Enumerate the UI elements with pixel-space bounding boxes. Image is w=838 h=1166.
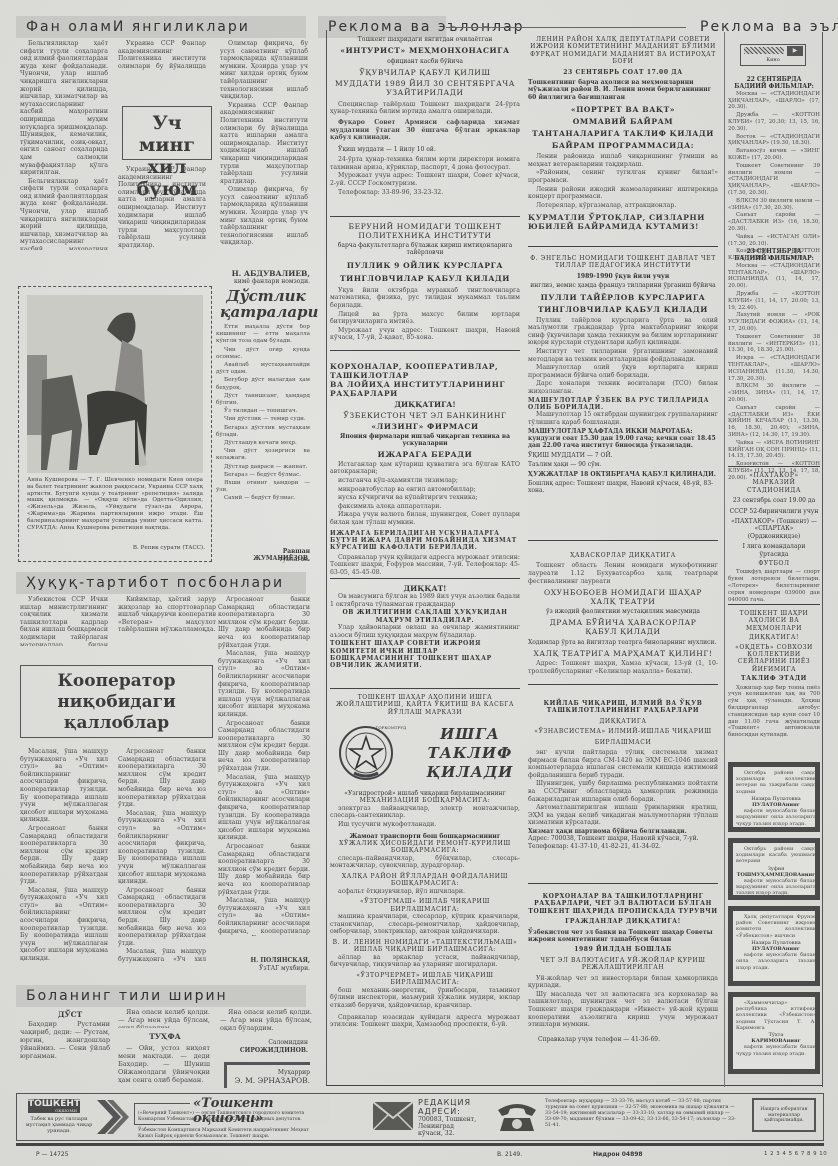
paper-note: Ўзбекистон Компартияси Марказий Комитети…	[138, 1128, 318, 1139]
footer-phones: Телефонлар: муҳаррир — 33-33-76; масъул …	[545, 1099, 737, 1129]
ad-polytech: БЕРУНИЙ НОМИДАГИ ТОШКЕНТ ПОЛИТЕХНИКА ИНС…	[330, 222, 520, 343]
camera-icon: ▶	[787, 46, 803, 56]
condolence-4: «Ҳаммомчилар» республика иттифоқи коллек…	[728, 992, 820, 1074]
ad-attention: ДИҚҚАТ! Ов мавсумига бўлган ва 1989 йил …	[330, 584, 520, 670]
order-number: В. 2149.	[497, 1151, 522, 1158]
child-story-2: — Ойи, устоз ниҳоят мени мақтади. — деди…	[118, 1044, 210, 1084]
ad-amateur-theatre: ҲАВАСКОРЛАР ДИҚҚАТИГА Тошкент область Ле…	[528, 552, 718, 676]
science-col-2-bottom: Украина ССР Фанлар академиясининг Полите…	[118, 166, 206, 250]
gorkomtrud-logo	[338, 725, 394, 781]
science-col-1: Бельгияликлар ҳаёт сифати турли соҳаларг…	[20, 40, 108, 250]
ad-leasing: КОРХОНАЛАР, КООПЕРАТИВЛАР, ТАШКИЛОТЛАР В…	[330, 362, 520, 578]
kino-logo: ▶ Кино	[740, 44, 806, 66]
brand-note: Табек ва рус тиллари мустақил ҳаммада чи…	[24, 1116, 94, 1134]
friendship-items: Етти маҳалла дўсти бор кишининг — етти м…	[216, 324, 310, 554]
editor-box: Муҳаррир Э. М. ЭРНАЗАРОВ.	[224, 1062, 310, 1088]
ballerina-photo	[27, 295, 203, 473]
inturist-term: Ўқиш муддати — 1 йилу 10 ой.	[330, 146, 520, 153]
condolence-1: Октябрь райони савдо ходимлари коллектив…	[728, 762, 820, 832]
law-col-3: Агросаноат банки Самарқанд областидаги к…	[218, 596, 310, 936]
photo-credit: В. Репик сурати (ТАСС).	[133, 545, 205, 551]
science-byline-name: Н. АБДУВАЛИЕВ,	[230, 269, 310, 278]
ad-currency: КОРХОНАЛАР ВА ТАШКИЛОТЛАРНИНГ РАҲБАРЛАРИ…	[528, 893, 718, 1043]
friendship-author-place: тўплаган.	[230, 556, 310, 563]
ad-engels: Ф. ЭНГЕЛЬС НОМИДАГИ ТОШКЕНТ ДАВЛАТ ЧЕТ Т…	[528, 255, 718, 495]
science-headline-box: Уч минг хил буюм	[122, 106, 212, 160]
photo-caption: Анна Кушнерова — Т. Г. Шевченко номидаги…	[27, 477, 203, 531]
child-author-surname: СИРОЖИДДИНОВ.	[222, 1047, 308, 1054]
rubric-ads-line	[446, 27, 686, 28]
rubric-ads-left: Реклома ва эълонлар	[318, 16, 446, 38]
condolence-3: Ҳалқ депутатлари Фрунзе район Советининг…	[728, 906, 820, 986]
child-story-1: Баҳодир Рустамни чақириб, деди: — Рустам…	[20, 1020, 110, 1082]
rubric-law: Ҳуқуқ-тартибот посбонлари	[16, 572, 306, 594]
kino-day-2: 23 СЕНТЯБРДА БАДИИЙ ФИЛЬМЛАР: Москва — «…	[728, 248, 820, 483]
newspaper-page: Фан оламИ янгиликлари Бельгияликлар ҳаёт…	[0, 0, 838, 1166]
law-intro-1: Ўзбекистон ССР Ички ишлар министрлигинин…	[20, 596, 108, 646]
science-byline-role: кимё фанлари номзоди.	[222, 278, 310, 285]
child-author-name: Саломиддин	[230, 1039, 308, 1046]
ad-lenin-park: ЛЕНИН РАЙОН ХАЛҚ ДЕПУТАТЛАРИ СОВЕТИ ИЖРО…	[528, 36, 718, 231]
issue-marks: 1 2 3 4 5 6 7 8 9 10	[764, 1151, 827, 1157]
law-intro-2: Кийимлар, ҳаётий зарур жиҳозлар ва спорт…	[118, 596, 216, 646]
law-byline-name: Н. ПОЛЯНСКАЯ,	[230, 957, 310, 964]
jobs-list: «Узгидрострой» ишлаб чиқариш бирлашмасин…	[330, 790, 520, 1030]
child-story-2-title: ТУҲФА	[135, 1032, 195, 1041]
ad-stadium: «ПАХТАКОР» МАРКАЗИЙ СТАДИОНИДА 23 сентяб…	[728, 472, 820, 604]
kino-day-1: 22 СЕНТЯБРДА БАДИИЙ ФИЛЬМЛАР: Москва — «…	[728, 76, 820, 263]
telephone-icon	[494, 1100, 540, 1132]
right-border	[822, 32, 823, 1087]
rubric-child: Боланинг тили ширин	[16, 985, 306, 1007]
ad-computer: КИЙЛАБ ЧИҚАРИШ, ИЛМИЙ ВА ЎҚУВ ТАШКИЛОТЛА…	[528, 700, 718, 850]
footer-bottom-rule	[16, 1143, 824, 1146]
rubric-ads-right: Реклома ва эълонлар	[690, 16, 830, 38]
photo-frame: Анна Кушнерова — Т. Г. Шевченко номидаги…	[18, 286, 212, 562]
film-strip-icon	[744, 47, 784, 54]
chevron-arrow-icon	[95, 1098, 129, 1136]
circulation: Нидрон 04898	[593, 1151, 643, 1158]
footer-notice: Нашрга юборилган материаллар қайтарилмай…	[752, 1098, 816, 1132]
ad-inturist: Тошкент шаҳридаги янгитдан очилаётган «И…	[330, 36, 520, 197]
science-col-3: Олимлар фикрича, бу усул саноатнинг кўпл…	[220, 40, 308, 250]
law-col-1: Масалан, ўша машҳур бутунжаҳонга «Уч хил…	[20, 748, 108, 963]
redaction-address: РЕДАКЦИЯ АДРЕСИ: 700083, Тошкент, Ленинг…	[418, 1099, 490, 1137]
envelope-icon	[372, 1101, 414, 1131]
child-story-3: Яна опаси келиб қолди. — Агар мен уйда б…	[220, 1008, 312, 1038]
law-col-2: Агросаноат банки Самарқанд областидаги к…	[118, 748, 206, 963]
center-left-border	[326, 30, 327, 1085]
child-story-1-title: ДЎСТ	[40, 1010, 100, 1019]
science-col-2-top: Украина ССР Фанлар академиясининг Полите…	[118, 40, 206, 70]
ballerina-image-icon	[27, 295, 203, 473]
index-number: Р — 14725	[36, 1151, 69, 1158]
law-byline-role: ЎзТАГ мухбири.	[230, 965, 310, 972]
paper-desc: («Вечерний Ташкент») — орган Ташкентског…	[138, 1111, 308, 1122]
jobs-headline: ИШГА ТАКЛИФ ҚИЛАДИ	[420, 725, 520, 782]
child-story-1-cont: Яна опаси келиб қолди. — Агар мен уйда б…	[118, 1008, 210, 1028]
gorkomtrud-emblem-icon	[338, 725, 394, 781]
science-headline-1: Уч минг	[123, 107, 211, 156]
condolence-2: Октябрь райони савдо ходимлари касаба ую…	[728, 838, 820, 900]
law-headline-box: Кооператор ниқобидаги қаллоблар	[20, 665, 213, 738]
ad-jobs: ТОШКЕНТ ШАҲАР АҲОЛИНИ ИШГА ЖОЙЛАШТИРИШ, …	[330, 694, 520, 716]
ad-sovkhoz: ТОШКЕНТ ШАҲРИ АҲОЛИСИ ВА МЕҲМОНЛАРИ ДИҚҚ…	[728, 610, 820, 740]
friendship-title: Дўстлик қатралари	[220, 288, 312, 320]
rubric-science: Фан оламИ янгиликлари	[16, 16, 306, 38]
